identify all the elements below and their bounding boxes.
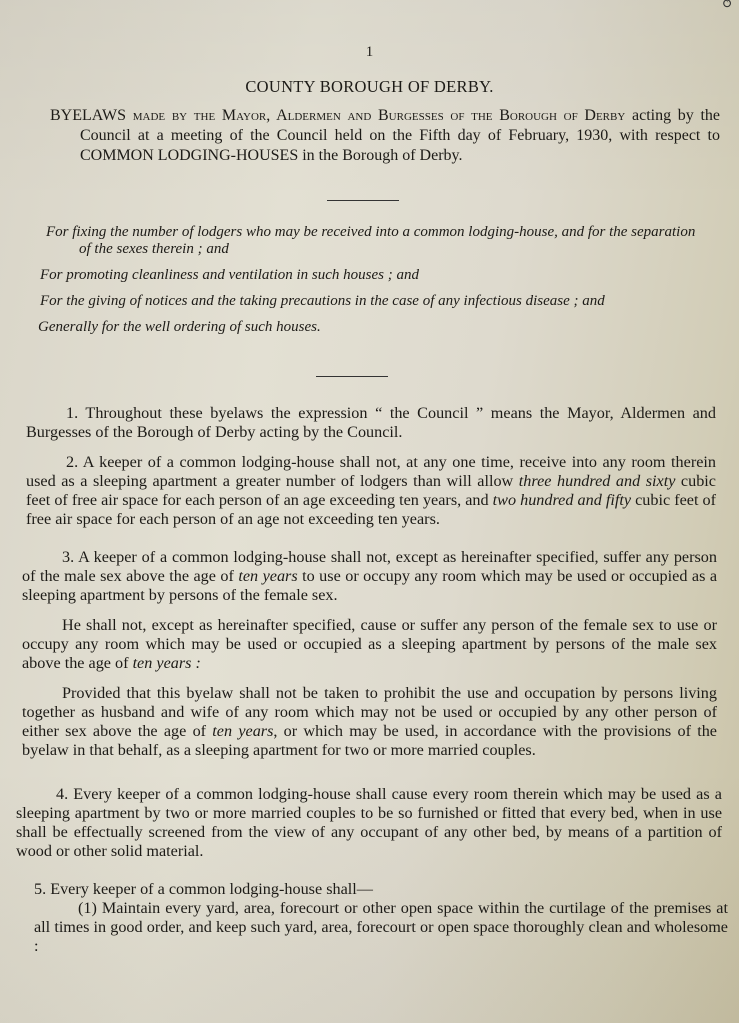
byelaw-4-block: 4. Every keeper of a common lodging-hous… [16,785,722,872]
italic-text: ten years [212,722,273,740]
byelaw-3-para-1: 3. A keeper of a common lodging-house sh… [22,548,717,605]
byelaw-5-intro: 5. Every keeper of a common lodging-hous… [34,880,728,899]
italic-text: two hundred and fifty [493,491,631,509]
purpose-item: For promoting cleanliness and ventilatio… [40,267,698,284]
divider-rule [327,200,399,201]
purpose-item: Generally for the well ordering of such … [38,319,698,336]
italic-text: ten years : [133,654,201,672]
byelaw-1: 1. Throughout these byelaws the expressi… [26,404,716,442]
purposes-list: For fixing the number of lodgers who may… [38,224,698,345]
byelaw-4: 4. Every keeper of a common lodging-hous… [16,785,722,861]
preamble-lead: BYELAWS [50,107,126,124]
page-title: COUNTY BOROUGH OF DERBY. [0,77,739,97]
purpose-item: For the giving of notices and the taking… [40,293,698,310]
corner-mark: ⥀ [721,0,733,13]
byelaw-3-para-2: He shall not, except as hereinafter spec… [22,616,717,673]
byelaw-3: 3. A keeper of a common lodging-house sh… [22,548,717,771]
italic-text: three hundred and sixty [519,472,676,490]
byelaws-1-2: 1. Throughout these byelaws the expressi… [26,404,716,540]
purpose-item: For fixing the number of lodgers who may… [46,224,698,258]
byelaw-2: 2. A keeper of a common lodging-house sh… [26,453,716,529]
text: He shall not, except as hereinafter spec… [22,616,717,672]
divider-rule [316,376,388,377]
italic-text: ten years [238,567,297,585]
byelaw-3-proviso: Provided that this byelaw shall not be t… [22,684,717,760]
preamble: BYELAWS made by the Mayor, Aldermen and … [50,106,720,166]
byelaw-5-block: 5. Every keeper of a common lodging-hous… [34,880,728,956]
page-number: 1 [0,44,739,61]
preamble-smallcaps: made by the Mayor, Aldermen and Burgesse… [133,107,626,124]
byelaw-5-sub-1: (1) Maintain every yard, area, forecourt… [34,899,728,956]
